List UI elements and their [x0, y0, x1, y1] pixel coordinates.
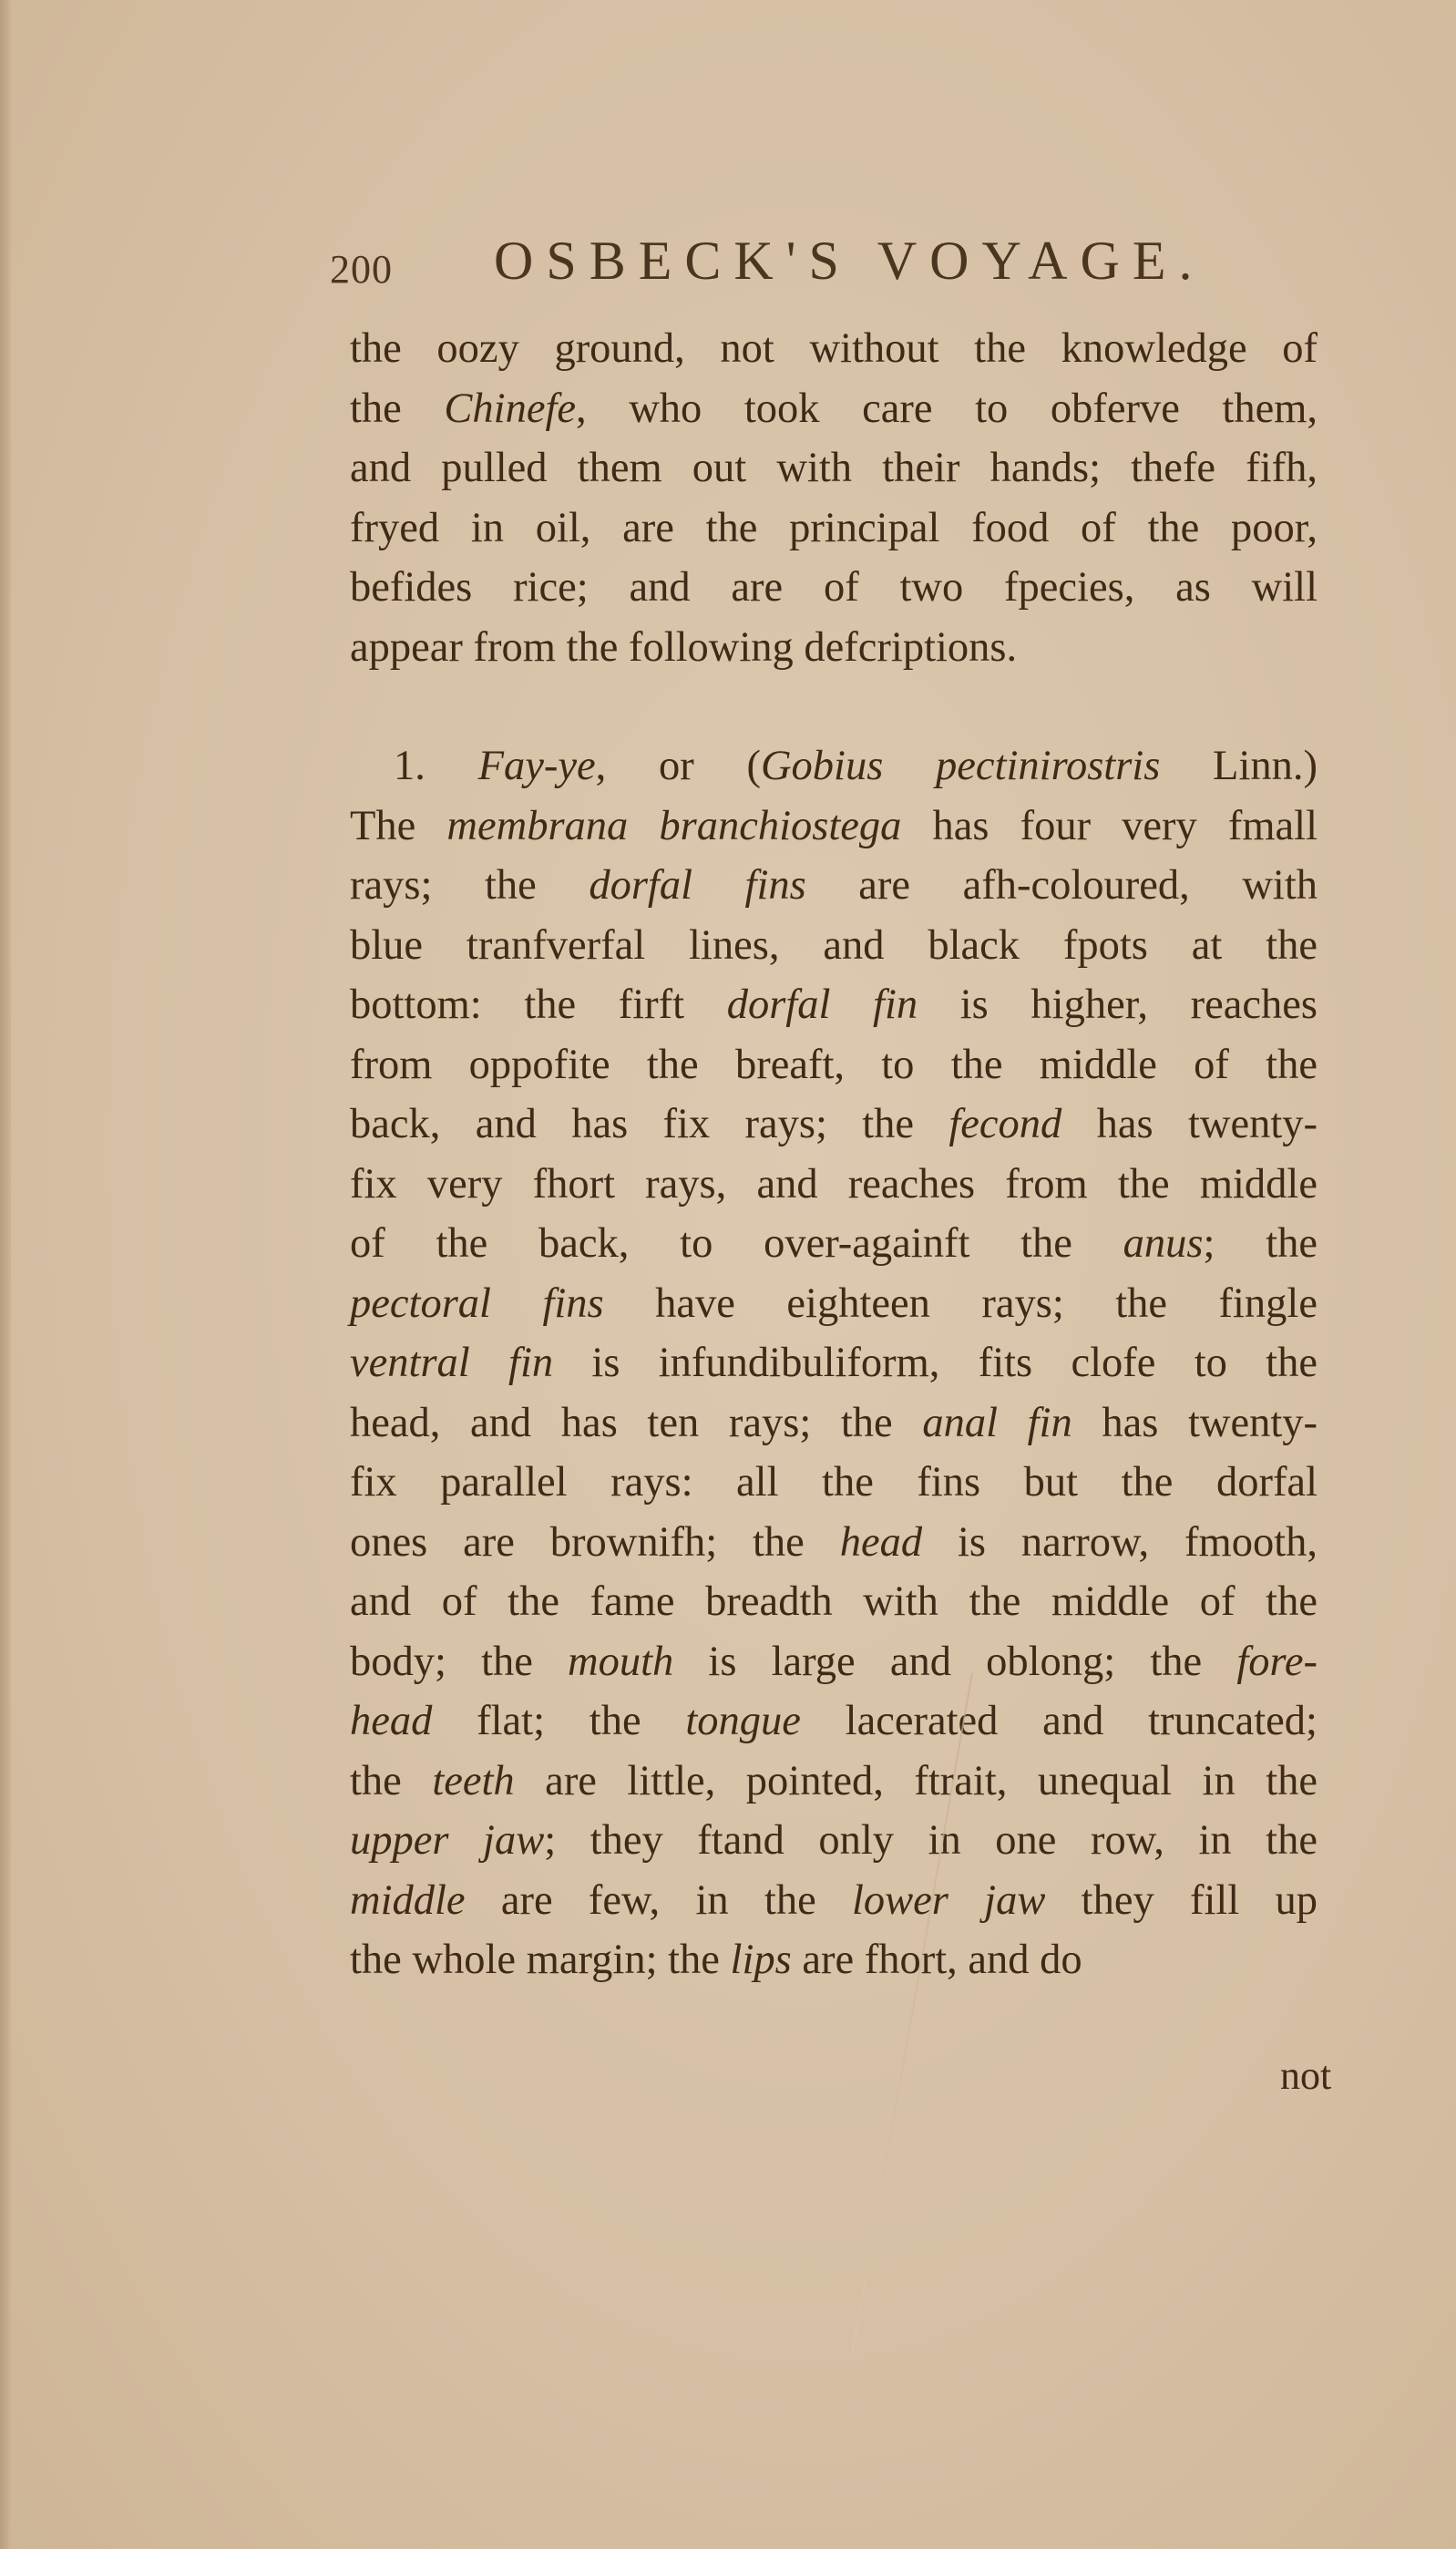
- book-page: 200 OSBECK'S VOYAGE. the oozy ground, no…: [0, 0, 1456, 2549]
- page-edge: [0, 0, 11, 2549]
- running-title: OSBECK'S VOYAGE.: [494, 230, 1205, 293]
- text-line: and of the fame breadth with the middle …: [350, 1572, 1318, 1632]
- text-line: 1. Fay-ye, or (Gobius pectinirostris Lin…: [350, 736, 1318, 797]
- running-header: 200 OSBECK'S VOYAGE.: [330, 230, 1332, 293]
- text-line: fryed in oil, are the principal food of …: [350, 498, 1318, 559]
- paragraph-gap: [350, 677, 1318, 736]
- text-line: fix very fhort rays, and reaches from th…: [350, 1155, 1318, 1215]
- text-line: head, and has ten rays; the anal fin has…: [350, 1393, 1318, 1454]
- text-line: of the back, to over-againft the anus; t…: [350, 1214, 1318, 1274]
- text-line: rays; the dorfal fins are afh-coloured, …: [350, 856, 1318, 916]
- text-line: the oozy ground, not without the knowled…: [350, 319, 1318, 379]
- paragraph-intro: the oozy ground, not without the knowled…: [350, 319, 1318, 677]
- text-line: pectoral fins have eighteen rays; the fi…: [350, 1274, 1318, 1334]
- text-line: The membrana branchiostega has four very…: [350, 797, 1318, 857]
- text-line: the teeth are little, pointed, ftrait, u…: [350, 1752, 1318, 1812]
- text-line: bottom: the firft dorfal fin is higher, …: [350, 975, 1318, 1035]
- text-line: fix parallel rays: all the fins but the …: [350, 1453, 1318, 1513]
- text-line: befides rice; and are of two fpecies, as…: [350, 558, 1318, 618]
- text-line: upper jaw; they ftand only in one row, i…: [350, 1811, 1318, 1871]
- body-text: the oozy ground, not without the knowled…: [350, 319, 1318, 1990]
- text-line: head flat; the tongue lacerated and trun…: [350, 1691, 1318, 1752]
- text-line: middle are few, in the lower jaw they fi…: [350, 1871, 1318, 1931]
- page-number: 200: [330, 246, 393, 293]
- text-line: back, and has fix rays; the fecond has t…: [350, 1095, 1318, 1155]
- text-line: from oppofite the breaft, to the middle …: [350, 1035, 1318, 1095]
- text-line: ones are brownifh; the head is narrow, f…: [350, 1513, 1318, 1573]
- text-line: appear from the following defcriptions.: [350, 618, 1318, 678]
- text-line: body; the mouth is large and oblong; the…: [350, 1632, 1318, 1692]
- text-line: and pulled them out with their hands; th…: [350, 438, 1318, 498]
- paragraph-species-description: 1. Fay-ye, or (Gobius pectinirostris Lin…: [350, 736, 1318, 1990]
- text-line: blue tranfverfal lines, and black fpots …: [350, 916, 1318, 976]
- text-line: the whole margin; the lips are fhort, an…: [350, 1930, 1318, 1990]
- catchword: not: [1280, 2052, 1331, 2099]
- text-line: ventral fin is infundibuliform, fits clo…: [350, 1333, 1318, 1393]
- text-line: the Chinefe, who took care to obferve th…: [350, 379, 1318, 439]
